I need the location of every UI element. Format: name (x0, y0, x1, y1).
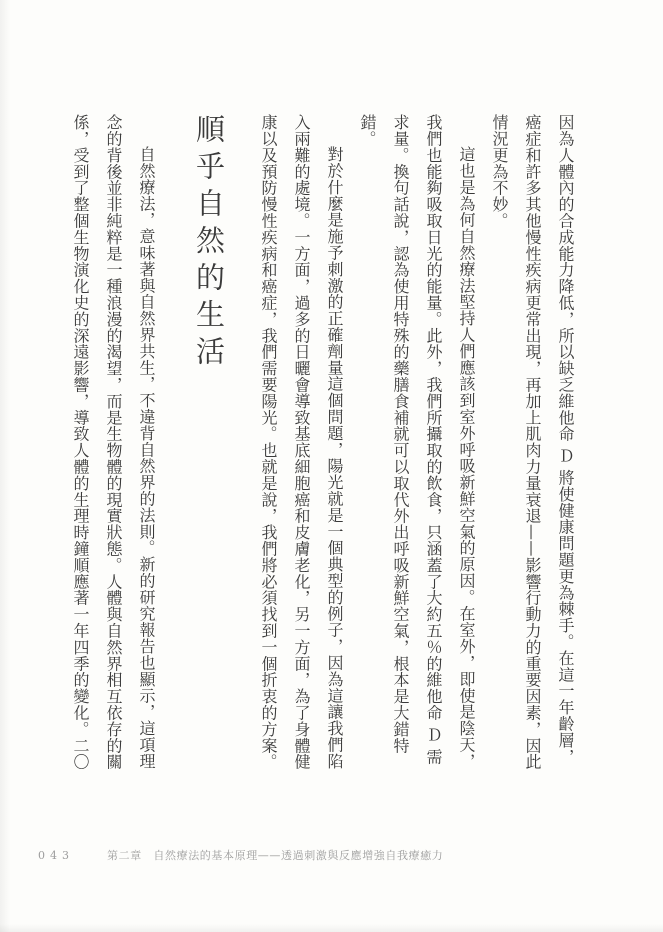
section-heading: 順乎自然的生活 (192, 114, 226, 778)
paragraph: 對於什麼是施予刺激的正確劑量這個問題，陽光就是一個典型的例子，因為這讓我們陷入兩… (252, 114, 351, 778)
page-footer: 043 第二章 自然療法的基本原理——透過刺激與反應增強自我療癒力 (0, 849, 663, 865)
paragraph-continuation: 因為人體內的合成能力降低，所以缺乏維他命 Ｄ 將使健康問題更為棘手。在這一年齡層… (483, 114, 582, 778)
body-text: 因為人體內的合成能力降低，所以缺乏維他命 Ｄ 將使健康問題更為棘手。在這一年齡層… (64, 114, 582, 778)
running-chapter-title: 第二章 自然療法的基本原理——透過刺激與反應增強自我療癒力 (107, 849, 443, 863)
paragraph: 這也是為何自然療法堅持人們應該到室外呼吸新鮮空氣的原因。在室外，即使是陰天，我們… (351, 114, 483, 778)
page-number: 043 (38, 849, 74, 863)
paragraph: 自然療法，意味著與自然界共生，不違背自然界的法則。新的研究報告也顯示，這項理念的… (64, 114, 163, 778)
book-page: 因為人體內的合成能力降低，所以缺乏維他命 Ｄ 將使健康問題更為棘手。在這一年齡層… (0, 0, 663, 932)
